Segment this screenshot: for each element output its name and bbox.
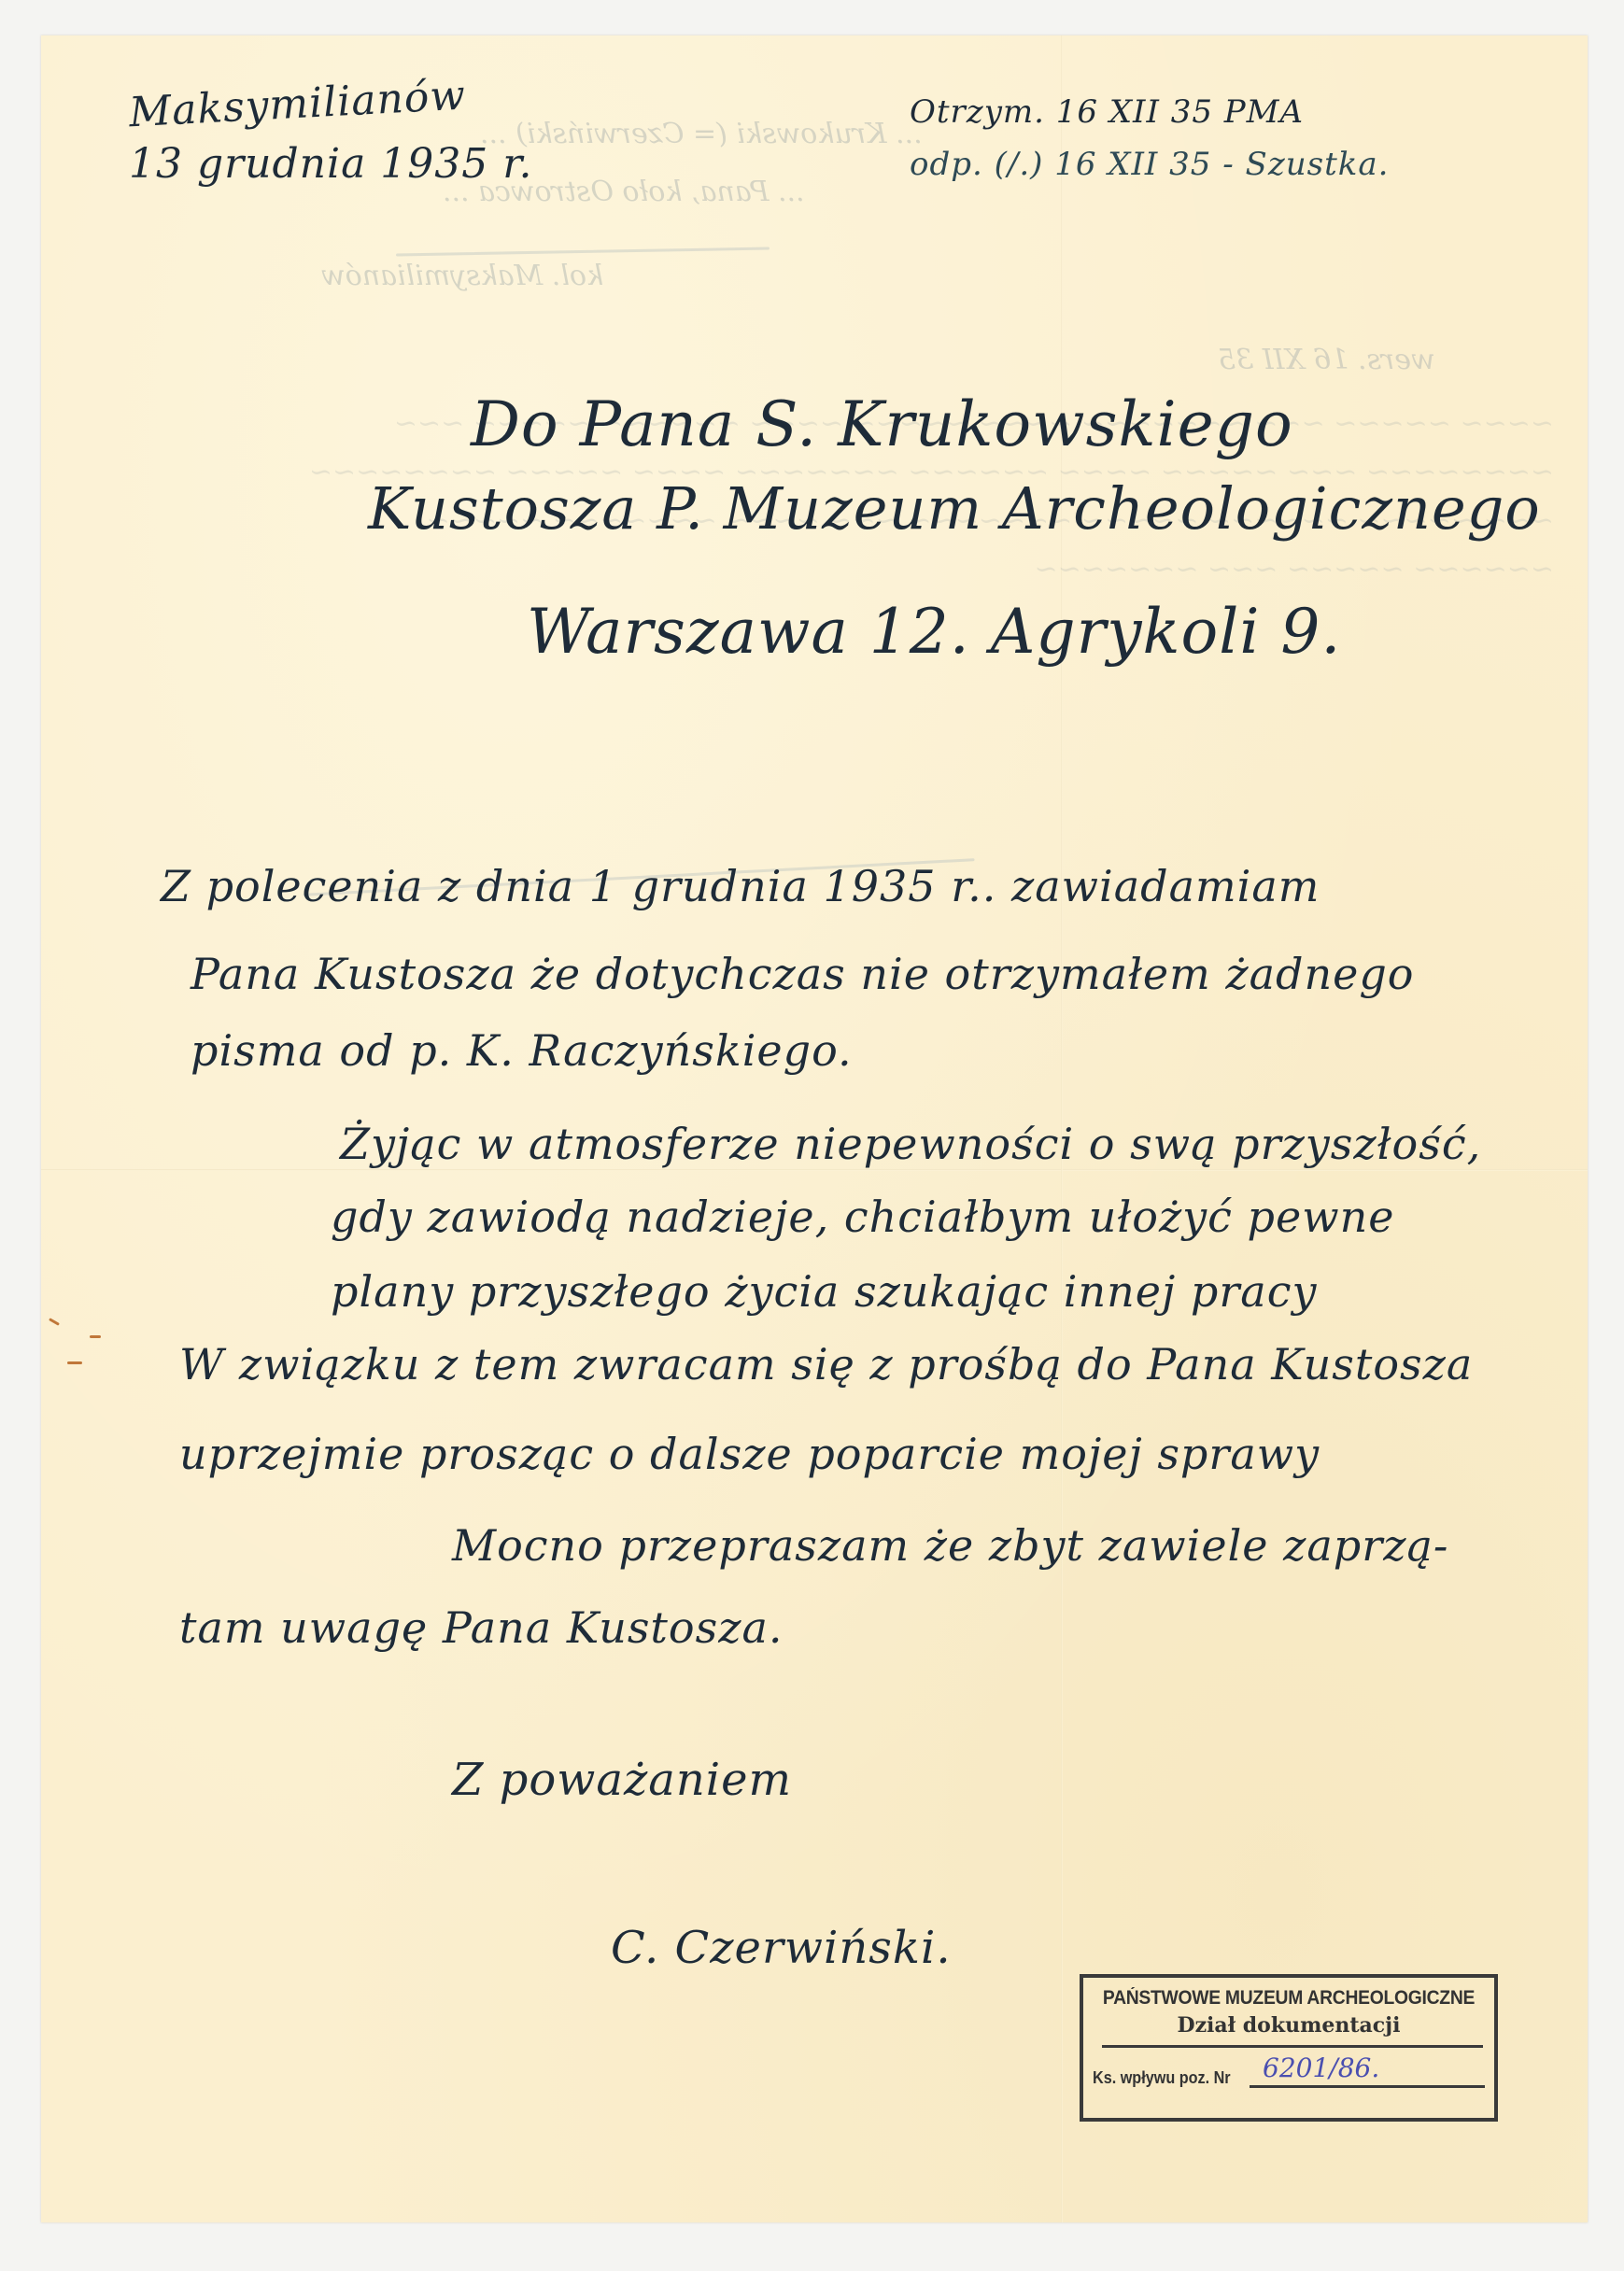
stamp-field-label: Ks. wpływu poz. Nr — [1093, 2068, 1231, 2088]
body-line: pisma od p. K. Raczyńskiego. — [191, 1025, 853, 1076]
letter-date: 13 grudnia 1935 r. — [129, 140, 532, 188]
stamp-entry-row: Ks. wpływu poz. Nr 6201/86. — [1093, 2057, 1485, 2088]
inventory-number: 6201/86. — [1263, 2052, 1379, 2083]
body-line: uprzejmie prosząc o dalsze poparcie moje… — [179, 1429, 1320, 1479]
recipient-address: Warszawa 12. Agrykoli 9. — [527, 596, 1341, 668]
stamp-department: Dział dokumentacji — [1083, 2013, 1494, 2038]
letter-paper: ... Krukowski (= Czerwiński) ... ... Pan… — [41, 35, 1588, 2222]
body-line: Z polecenia z dnia 1 grudnia 1935 r.. za… — [161, 861, 1320, 911]
show-through-underline — [396, 247, 770, 257]
horizontal-fold-crease — [41, 1169, 1588, 1171]
margin-mark — [67, 1361, 82, 1364]
body-line: tam uwagę Pana Kustosza. — [179, 1602, 784, 1653]
body-line: Mocno przepraszam że zbyt zawiele zaprzą… — [452, 1520, 1448, 1571]
stamp-field-line: 6201/86. — [1250, 2057, 1485, 2088]
show-through-text: wers. 16 XII 35 — [1218, 344, 1435, 376]
recipient-title: Kustosza P. Muzeum Archeologicznego — [368, 474, 1541, 543]
margin-mark — [90, 1335, 101, 1338]
body-line: plany przyszłego życia szukając innej pr… — [331, 1266, 1317, 1317]
recipient-name: Do Pana S. Krukowskiego — [471, 388, 1293, 460]
show-through-text: kol. Maksymilianów — [321, 260, 603, 292]
reply-annotation: odp. (/.) 16 XII 35 - Szustka. — [910, 146, 1389, 183]
place-of-writing: Maksymilianów — [128, 72, 467, 137]
closing-salutation: Z poważaniem — [452, 1754, 792, 1806]
received-annotation: Otrzym. 16 XII 35 PMA — [910, 93, 1304, 131]
body-line: W związku z tem zwracam się z prośbą do … — [179, 1339, 1473, 1389]
margin-mark — [49, 1318, 60, 1326]
show-through-text: ... Krukowski (= Czerwiński) ... — [480, 118, 923, 150]
signature: C. Czerwiński. — [611, 1922, 952, 1974]
body-line: gdy zawiodą nadzieje, chciałbym ułożyć p… — [331, 1192, 1394, 1242]
body-line: Żyjąc w atmosferze niepewności o swą prz… — [340, 1119, 1481, 1169]
stamp-divider — [1102, 2045, 1483, 2048]
body-line: Pana Kustosza że dotychczas nie otrzymał… — [191, 949, 1414, 999]
stamp-institution: PAŃSTWOWE MUZEUM ARCHEOLOGICZNE — [1100, 1987, 1478, 2010]
archive-stamp: PAŃSTWOWE MUZEUM ARCHEOLOGICZNE Dział do… — [1080, 1974, 1498, 2122]
